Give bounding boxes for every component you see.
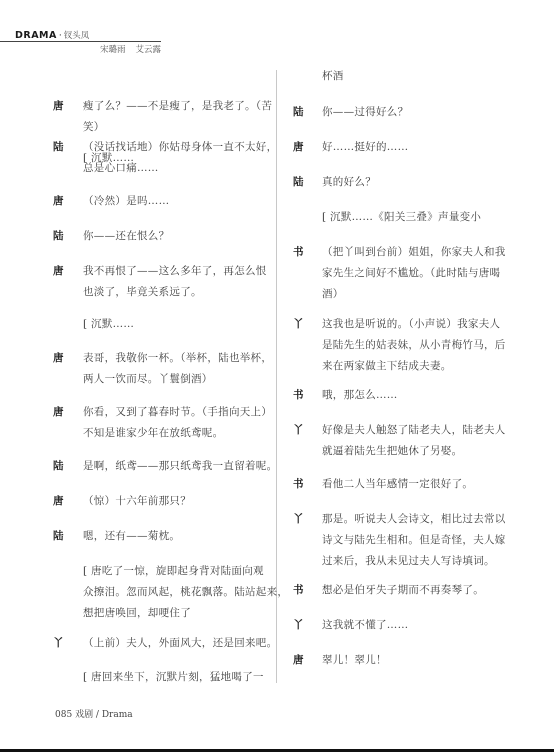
- speaker-name: 书: [293, 580, 304, 601]
- dialogue-line: 是陆先生的姑表妹，从小青梅竹马，后: [322, 335, 506, 356]
- running-title: DRAMA·钗头凤: [15, 31, 89, 41]
- speaker-name: 唐: [53, 191, 64, 212]
- title-separator: ·: [59, 31, 62, 41]
- header-rule: [0, 41, 161, 42]
- play-title: 钗头凤: [64, 31, 90, 41]
- dialogue-line: 哦，那怎么……: [322, 385, 398, 406]
- dialogue-line: 就逼着陆先生把她休了另娶。: [322, 441, 462, 462]
- stage-direction-line: 想把唐唤回，却哽住了: [83, 603, 191, 624]
- dialogue-line: 笑）: [83, 117, 105, 138]
- speaker-name: 唐: [53, 491, 64, 512]
- speaker-name: 陆: [53, 226, 64, 247]
- dialogue-line: 这我就不懂了……: [322, 615, 408, 636]
- dialogue-line: 瘦了么？——不是瘦了，是我老了。（苦: [83, 96, 272, 117]
- speaker-name: 唐: [53, 261, 64, 282]
- speaker-name: 丫: [53, 633, 64, 654]
- authors: 宋璐雨艾云露: [100, 43, 161, 55]
- dialogue-line: （把丫叫到台前）姐姐，你家夫人和我: [322, 242, 506, 263]
- page-number: 085: [55, 710, 72, 720]
- dialogue-line: 诗文与陆先生相和。但是奇怪，夫人嫁: [322, 530, 506, 551]
- stage-direction-line: 杯酒: [322, 66, 344, 87]
- dialogue-line: 嗯，还有——菊枕。: [83, 526, 180, 547]
- dialogue-line: 好……挺好的……: [322, 137, 408, 158]
- speaker-name: 丫: [293, 509, 304, 530]
- stage-direction-line: [ 沉默……《阳关三叠》声量变小: [322, 207, 481, 228]
- speaker-name: 唐: [293, 137, 304, 158]
- page-footer: 085 戏剧 / Drama: [55, 707, 133, 720]
- dialogue-line: （没话找话地）你姑母身体一直不太好，: [83, 137, 277, 158]
- dialogue-line: 表哥，我敬你一杯。（举杯，陆也举杯，: [83, 348, 272, 369]
- author-name: 艾云露: [136, 45, 162, 55]
- dialogue-line: 家先生之间好不尴尬。（此时陆与唐喝: [322, 263, 500, 284]
- dialogue-line: 想必是伯牙失子期而不再奏琴了。: [322, 580, 484, 601]
- magazine-brand: DRAMA: [15, 30, 57, 41]
- speaker-name: 陆: [53, 137, 64, 158]
- dialogue-line: 两人一饮而尽。丫鬟倒酒）: [83, 369, 213, 390]
- page-header: DRAMA·钗头凤 宋璐雨艾云露: [0, 0, 554, 60]
- stage-direction-line: [ 唐吃了一惊，旋即起身背对陆面向观: [83, 561, 264, 582]
- dialogue-line: 好像是夫人触怒了陆老夫人，陆老夫人: [322, 420, 506, 441]
- speaker-name: 丫: [293, 615, 304, 636]
- dialogue-line: 不知是谁家少年在放纸鸢呢。: [83, 423, 223, 444]
- dialogue-line: 酒）: [322, 284, 344, 305]
- speaker-name: 丫: [293, 314, 304, 335]
- dialogue-line: 过来后，我从未见过夫人写诗填词。: [322, 551, 495, 572]
- dialogue-line: 看他二人当年感情一定很好了。: [322, 474, 473, 495]
- dialogue-line: 总是心口痛……: [83, 158, 159, 179]
- dialogue-line: 你——过得好么？: [322, 102, 408, 123]
- dialogue-line: 这我也是听说的。（小声说）我家夫人: [322, 314, 500, 335]
- stage-direction-line: [ 沉默……: [83, 314, 134, 335]
- dialogue-line: 来在两家做主下结成夫妻。: [322, 356, 452, 377]
- speaker-name: 陆: [293, 172, 304, 193]
- stage-direction-line: [ 唐回来坐下，沉默片刻，猛地喝了一: [83, 667, 264, 688]
- dialogue-line: （上前）夫人，外面风大，还是回来吧。: [83, 633, 277, 654]
- speaker-name: 陆: [293, 102, 304, 123]
- speaker-name: 唐: [53, 402, 64, 423]
- dialogue-line: 你看，又到了暮春时节。（手指向天上）: [83, 402, 272, 423]
- speaker-name: 丫: [293, 420, 304, 441]
- stage-direction-line: 众擦泪。忽而风起，桃花飘落。陆站起来，: [83, 582, 288, 603]
- dialogue-line: 翠儿！翠儿！: [322, 650, 387, 671]
- dialogue-line: 是啊，纸鸢——那只纸鸢我一直留着呢。: [83, 456, 277, 477]
- speaker-name: 唐: [53, 348, 64, 369]
- dialogue-line: 那是。听说夫人会诗文，相比过去常以: [322, 509, 506, 530]
- author-name: 宋璐雨: [100, 45, 126, 55]
- section-label: 戏剧 / Drama: [75, 710, 133, 720]
- dialogue-line: （冷然）是吗……: [83, 191, 169, 212]
- dialogue-line: （惊）十六年前那只？: [83, 491, 191, 512]
- speaker-name: 陆: [53, 526, 64, 547]
- dialogue-line: 你——还在恨么？: [83, 226, 169, 247]
- speaker-name: 书: [293, 242, 304, 263]
- speaker-name: 书: [293, 474, 304, 495]
- dialogue-line: 真的好么？: [322, 172, 376, 193]
- dialogue-line: 我不再恨了——这么多年了，再怎么恨: [83, 261, 267, 282]
- dialogue-line: 也淡了，毕竟关系远了。: [83, 282, 202, 303]
- speaker-name: 陆: [53, 456, 64, 477]
- speaker-name: 书: [293, 385, 304, 406]
- speaker-name: 唐: [53, 96, 64, 117]
- speaker-name: 唐: [293, 650, 304, 671]
